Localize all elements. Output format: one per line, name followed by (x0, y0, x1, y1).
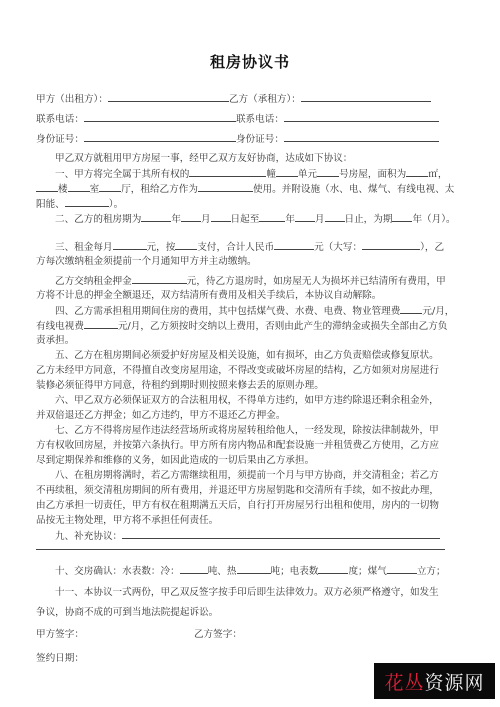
intro-text: 甲乙双方就租用甲方房屋一事，经甲乙双方友好协商，达成如下协议： (36, 152, 485, 165)
clause-1-text: 楼 (58, 184, 68, 195)
landlord-name-field[interactable] (108, 92, 229, 102)
end-year-field[interactable] (259, 212, 285, 222)
clause-1-text: ）。 (109, 199, 123, 210)
document-page: 租房协议书 甲方（出租方）：乙方（承租方）： 联系电话：联系电话： 身份证号：身… (0, 0, 500, 707)
clause-3-text: 支付，合计人民币 (197, 242, 274, 253)
clause-2-line: 二、乙方的租房期为年月日起至年月日止，为期年（月）。 (36, 212, 485, 226)
clause-2-text: 日起至 (231, 214, 260, 225)
supplementary-field-1[interactable] (122, 529, 440, 539)
floor-field[interactable] (36, 182, 58, 192)
hot-water-meter-field[interactable] (237, 564, 271, 574)
supplementary-field-2[interactable] (36, 549, 445, 550)
tenant-phone-label: 联系电话： (236, 114, 284, 125)
area-field[interactable] (406, 167, 428, 177)
clause-6-line-1: 六、甲乙双方必须保证双方的合法租用权，不得单方违约，如甲方违约除退还剩余租金外， (36, 394, 485, 407)
clause-5-line-3: 装修必须征得甲方同意，待租约到期时则按照来修去丢的原则办理。 (36, 379, 466, 392)
clause-3-text: 元（大写： (314, 242, 362, 253)
management-fee-field[interactable] (400, 304, 422, 314)
payment-cycle-field[interactable] (175, 240, 197, 250)
clause-10-text: 吨；电表数 (271, 566, 319, 577)
other-facilities-field[interactable] (65, 197, 109, 207)
total-rent-field[interactable] (274, 240, 314, 250)
clause-3-text: 三、租金每月 (55, 242, 113, 253)
clause-10-text: 吨、热 (208, 566, 237, 577)
clause-1-text: 号房屋，面积为 (339, 169, 406, 180)
clause-3-line-2: 方每次缴纳租金须提前一个月通知甲方并主动缴纳。 (36, 255, 466, 268)
clause-4-text: 四、乙方需承担租用期间住房的费用，其中包括煤气费、水费、电费、物业管理费 (55, 306, 400, 317)
watermark-white-text: 资源网 (425, 668, 485, 695)
clause-1-text: 一、甲方将完全属于其所有权的 (55, 169, 189, 180)
start-year-field[interactable] (141, 212, 171, 222)
clause-4-text: 元/月，乙方须按时交纳以上费用，否则由此产生的滞纳金或损失全部由乙方负 (118, 321, 447, 332)
room-number-field[interactable] (317, 167, 339, 177)
clause-10-text: 立方； (417, 566, 446, 577)
clause-10-text: 十、交房确认：水表数：冷： (55, 566, 180, 577)
tenant-label: 乙方（承租方）： (229, 94, 301, 105)
watermark-logo: 花丛资源网 (374, 663, 495, 699)
clause-2-text: 年 (285, 214, 295, 225)
tenant-phone-field[interactable] (284, 112, 439, 122)
clause-1-text: 单元 (298, 169, 317, 180)
clause-11-line-1: 十一、本协议一式两份，甲乙双反签字按手印后即生法律效力。双方必须严格遵守，如发生 (36, 586, 485, 599)
document-title: 租房协议书 (0, 51, 500, 72)
clause-3-line-1: 三、租金每月元，按支付，合计人民币元（大写：），乙 (36, 240, 485, 254)
tenant-id-label: 身份证号： (236, 134, 284, 145)
start-day-field[interactable] (211, 212, 231, 222)
clause-2-text: 月 (201, 214, 211, 225)
clause-9-line: 九、补充协议： (36, 529, 485, 543)
signature-row: 甲方签字：乙方签字： (36, 628, 466, 641)
electricity-meter-field[interactable] (318, 564, 348, 574)
phone-row: 联系电话：联系电话： (36, 112, 466, 126)
rooms-field[interactable] (68, 182, 90, 192)
clause-10-line: 十、交房确认：水表数：冷：吨、热吨；电表数度；煤气立方； (36, 564, 485, 578)
property-name-field[interactable] (189, 167, 266, 177)
clause-8-line-3: 由乙方承担一切责任，甲方有权在租期满五天后，自行打开房屋另行出租和使用，房内的一… (36, 499, 466, 512)
clause-2-text: 日止，为期 (345, 214, 393, 225)
clause-1-line-1: 一、甲方将完全属于其所有权的幢单元号房屋，面积为㎡， (36, 167, 485, 181)
end-month-field[interactable] (295, 212, 315, 222)
clause-4-line-3: 责承担。 (36, 334, 466, 347)
clause-3-text: 元，按 (147, 242, 176, 253)
clause-2-text: 二、乙方的租房期为 (55, 214, 141, 225)
monthly-rent-field[interactable] (113, 240, 147, 250)
sign-date-label: 签约日期： (36, 653, 84, 664)
id-row: 身份证号：身份证号： (36, 132, 466, 146)
clause-2-text: 月 (315, 214, 325, 225)
tenant-signature-label: 乙方签字： (194, 629, 242, 640)
clause-4-text: 元/月， (422, 306, 454, 317)
deposit-line-1: 乙方交纳租金押金元，待乙方退房时，如房屋无人为损坏并已结清所有费用，甲 (36, 274, 485, 288)
clause-8-line-2: 不再续租，须交清租房期间的所有费用，并退还甲方房屋钥匙和交清所有手续，如不按此办… (36, 484, 466, 497)
watermark-red-text: 花丛 (384, 668, 424, 695)
unit-field[interactable] (276, 167, 298, 177)
landlord-signature-label: 甲方签字： (36, 629, 84, 640)
landlord-id-field[interactable] (84, 132, 236, 142)
clause-1-text: 厅，租给乙方作为 (121, 184, 198, 195)
tenant-id-field[interactable] (284, 132, 439, 142)
deposit-text: 乙方交纳租金押金 (55, 276, 132, 287)
duration-field[interactable] (392, 212, 412, 222)
clause-1-text: 幢 (266, 169, 276, 180)
landlord-phone-label: 联系电话： (36, 114, 84, 125)
clause-4-line-2: 有线电视费元/月，乙方须按时交纳以上费用，否则由此产生的滞纳金或损失全部由乙方负 (36, 319, 466, 333)
party-names-row: 甲方（出租方）：乙方（承租方）： (36, 92, 466, 106)
clause-1-text: 室 (90, 184, 100, 195)
clause-1-line-3: 阳能、）。 (36, 197, 466, 211)
cable-tv-fee-field[interactable] (84, 319, 118, 329)
gas-meter-field[interactable] (387, 564, 417, 574)
landlord-id-label: 身份证号： (36, 134, 84, 145)
deposit-text: 元，待乙方退房时，如房屋无人为损坏并已结清所有费用，甲 (187, 276, 446, 287)
clause-7-line-3: 尽到定期保养和维修的义务，如因此造成的一切后果由乙方承担。 (36, 454, 466, 467)
clause-7-line-2: 方有权收回房屋，并按第六条执行。甲方所有房内物品和配套设施一并租赁费乙方使用，乙… (36, 439, 466, 452)
clause-6-line-2: 并双倍退还乙方押金；如乙方违约，甲方不退还乙方押金。 (36, 409, 466, 422)
halls-field[interactable] (99, 182, 121, 192)
clause-3-text: ），乙 (420, 242, 444, 253)
deposit-line-2: 方将不计息的押金全额退还，双方结清所有费用及相关手续后，本协议自动解除。 (36, 289, 466, 302)
deposit-amount-field[interactable] (132, 274, 187, 284)
clause-1-text: ㎡， (428, 169, 447, 180)
clause-5-line-2: 乙方未经甲方同意，不得擅自改变房屋用途，不得改变或破坏房屋的结构，乙方如须对房屋… (36, 364, 466, 377)
clause-4-text: 有线电视费 (36, 321, 84, 332)
clause-8-line-1: 八、在租房期将满时，若乙方需继续租用，须提前一个月与甲方协商，并交清租金；若乙方 (36, 469, 485, 482)
clause-10-text: 度；煤气 (348, 566, 386, 577)
tenant-name-field[interactable] (301, 92, 431, 102)
end-day-field[interactable] (325, 212, 345, 222)
clause-4-line-1: 四、乙方需承担租用期间住房的费用，其中包括煤气费、水费、电费、物业管理费元/月， (36, 304, 485, 318)
landlord-phone-field[interactable] (84, 112, 236, 122)
start-month-field[interactable] (181, 212, 201, 222)
total-rent-words-field[interactable] (362, 240, 420, 250)
usage-field[interactable] (198, 182, 253, 192)
clause-11-line-2: 争议，协商不成的可到当地法院提起诉讼。 (36, 606, 466, 619)
landlord-label: 甲方（出租方）： (36, 94, 108, 105)
clause-7-line-1: 七、乙方不得将房屋作违法经营场所或将房屋转租给他人，一经发现，除按法律制裁外，甲 (36, 424, 485, 437)
clause-5-line-1: 五、乙方在租房期间必须爱护好房屋及相关设施，如有损坏，由乙方负责赔偿或修复原状。 (36, 349, 485, 362)
clause-8-line-4: 品按无主物处理，甲方将不承担任何责任。 (36, 514, 466, 527)
supplementary-label: 九、补充协议： (55, 531, 122, 542)
clause-1-text: 使用。并附设施（水、电、煤气、有线电视、太 (253, 184, 454, 195)
clause-2-text: 年（月）。 (412, 214, 455, 225)
clause-1-line-2: 楼室厅，租给乙方作为使用。并附设施（水、电、煤气、有线电视、太 (36, 182, 466, 196)
clause-1-text: 阳能、 (36, 199, 65, 210)
cold-water-meter-field[interactable] (180, 564, 208, 574)
clause-2-text: 年 (171, 214, 181, 225)
